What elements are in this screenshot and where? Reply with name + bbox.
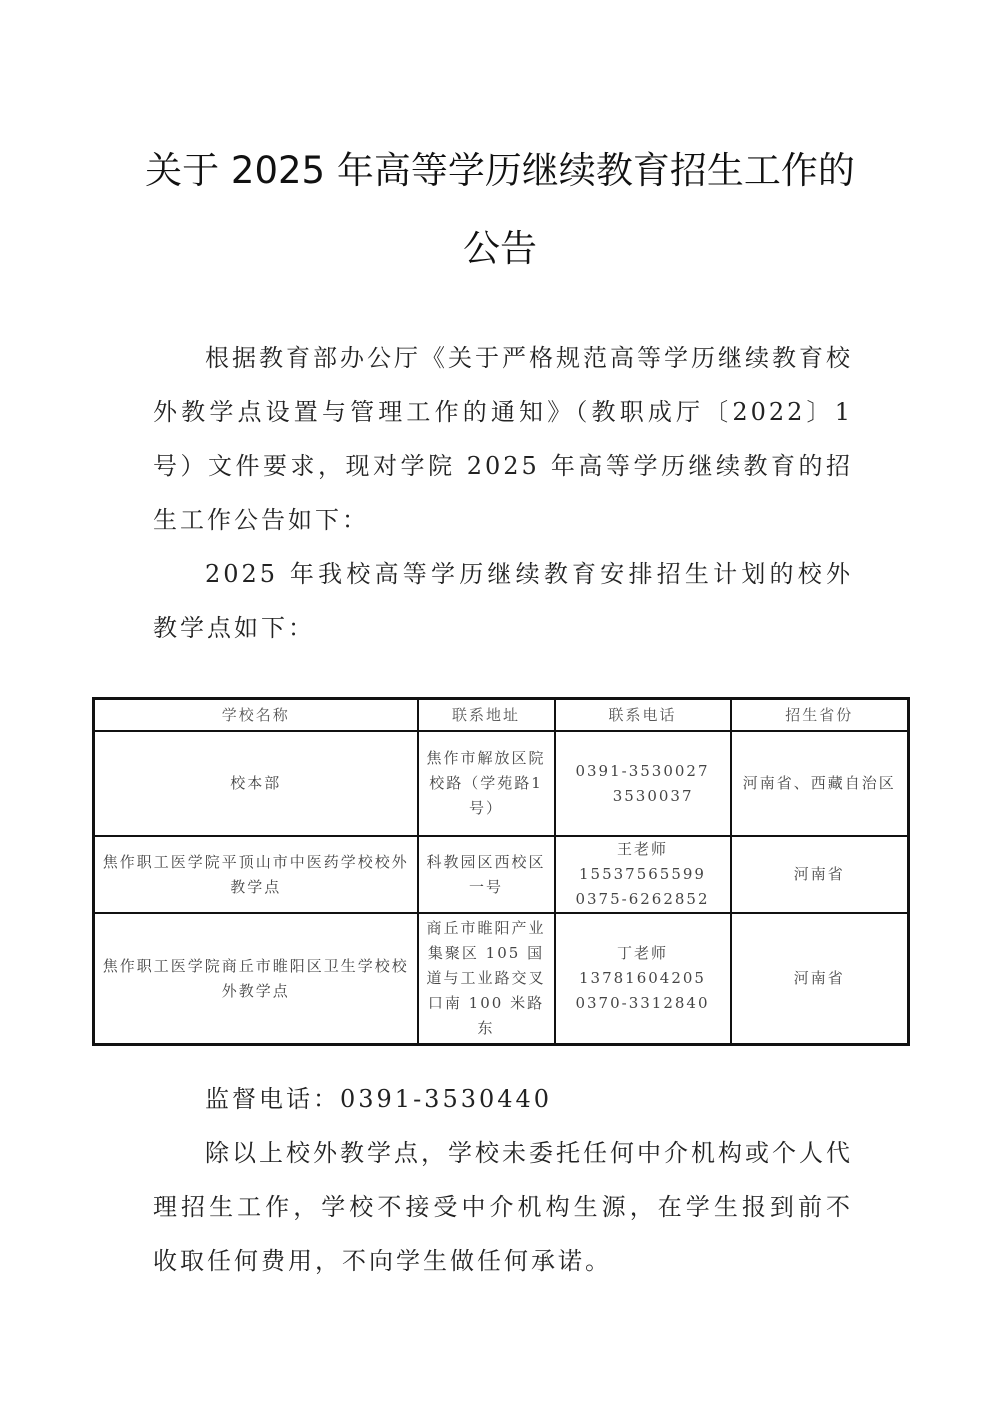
phone-cell: 王老师 15537565599 0375-6262852 <box>555 836 731 913</box>
province-cell: 河南省 <box>731 913 909 1045</box>
header-school-name: 学校名称 <box>94 699 418 732</box>
phone-cell: 丁老师 13781604205 0370-3312840 <box>555 913 731 1045</box>
teaching-points-intro: 2025 年我校高等学历继续教育安排招生计划的校外教学点如下： <box>153 547 853 655</box>
header-address: 联系地址 <box>418 699 555 732</box>
teaching-points-table: 学校名称 联系地址 联系电话 招生省份 校本部 焦作市解放区院校路（学苑路1 号… <box>92 697 910 1046</box>
header-phone: 联系电话 <box>555 699 731 732</box>
intro-paragraph: 根据教育部办公厅《关于严格规范高等学历继续教育校外教学点设置与管理工作的通知》（… <box>153 331 853 547</box>
address-cell: 科教园区西校区一号 <box>418 836 555 913</box>
address-cell: 商丘市睢阳产业集聚区 105 国道与工业路交叉口南 100 米路东 <box>418 913 555 1045</box>
supervision-phone: 监督电话：0391-3530440 <box>153 1072 853 1126</box>
phone-line2: 3530037 <box>562 784 724 809</box>
school-name-cell: 焦作职工医学院商丘市睢阳区卫生学校校外教学点 <box>94 913 418 1045</box>
page-title-line1: 关于 2025 年高等学历继续教育招生工作的 <box>0 140 1000 194</box>
school-name-cell: 校本部 <box>94 731 418 836</box>
phone-line1: 0391-3530027 <box>562 759 724 784</box>
phone-line1: 王老师 15537565599 <box>562 837 724 887</box>
phone-line1: 丁老师 13781604205 <box>562 941 724 991</box>
province-cell: 河南省、西藏自治区 <box>731 731 909 836</box>
province-cell: 河南省 <box>731 836 909 913</box>
address-cell: 焦作市解放区院校路（学苑路1 号） <box>418 731 555 836</box>
table-header-row: 学校名称 联系地址 联系电话 招生省份 <box>94 699 909 732</box>
closing-paragraph: 除以上校外教学点，学校未委托任何中介机构或个人代理招生工作，学校不接受中介机构生… <box>153 1126 853 1288</box>
table-row: 校本部 焦作市解放区院校路（学苑路1 号） 0391-3530027 35300… <box>94 731 909 836</box>
phone-cell: 0391-3530027 3530037 <box>555 731 731 836</box>
header-province: 招生省份 <box>731 699 909 732</box>
phone-line2: 0375-6262852 <box>562 887 724 912</box>
phone-line2: 0370-3312840 <box>562 991 724 1016</box>
school-name-cell: 焦作职工医学院平顶山市中医药学校校外教学点 <box>94 836 418 913</box>
table-row: 焦作职工医学院商丘市睢阳区卫生学校校外教学点 商丘市睢阳产业集聚区 105 国道… <box>94 913 909 1045</box>
page-title-line2: 公告 <box>0 218 1000 272</box>
table-row: 焦作职工医学院平顶山市中医药学校校外教学点 科教园区西校区一号 王老师 1553… <box>94 836 909 913</box>
